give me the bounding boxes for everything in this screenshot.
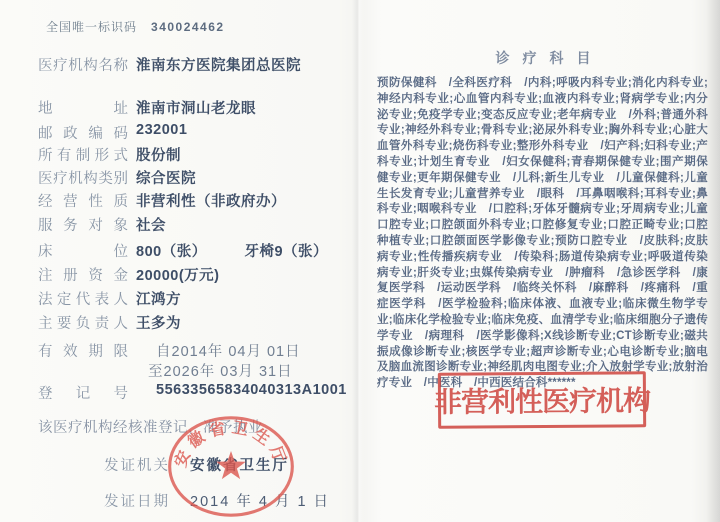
page-edge-shadow — [706, 0, 720, 522]
field-row-principal: 主要负责人 王多为 — [38, 312, 181, 332]
field-label: 经营性质 — [38, 190, 128, 211]
field-label: 登记号 — [38, 382, 128, 403]
field-row-service-target: 服务对象 社会 — [38, 214, 166, 234]
diagnosis-subjects-text: 预防保健科 /全科医疗科 /内科;呼吸内科专业;消化内科专业;神经内科专业;心血… — [377, 76, 708, 392]
field-row-validity: 有效期限 自2014年 04月 01日 — [38, 340, 301, 360]
field-row-address: 地址 淮南市洞山老龙眼 — [38, 97, 256, 117]
nonprofit-stamp: 非营利性医疗机构 — [438, 371, 646, 428]
field-label: 注册资金 — [38, 264, 128, 285]
nonprofit-stamp-text: 非营利性医疗机构 — [434, 379, 650, 421]
field-row-registered-capital: 注册资金 20000(万元) — [38, 264, 220, 284]
field-value: 淮南市洞山老龙眼 — [136, 97, 256, 118]
official-round-seal: 安徽省卫生厅 — [164, 413, 298, 522]
field-value: 20000(万元) — [136, 264, 219, 285]
field-value: 江鸿方 — [136, 288, 181, 309]
field-value: 股份制 — [136, 144, 181, 165]
field-row-registration-number: 登记号 55633565834040313A1001 — [38, 382, 347, 402]
field-value: 非营利性（非政府办） — [136, 190, 286, 211]
field-value: 综合医院 — [136, 167, 196, 188]
field-row-operation-nature: 经营性质 非营利性（非政府办） — [38, 190, 286, 210]
field-label: 所有制形式 — [38, 144, 128, 165]
field-label: 有效期限 — [38, 340, 128, 361]
unique-code-label: 全国唯一标识码 — [46, 20, 137, 34]
field-row-postal-code: 邮政编码 232001 — [38, 122, 187, 142]
field-label: 法定代表人 — [38, 288, 128, 309]
page-fold-shadow — [352, 0, 364, 522]
field-row-validity-to: 至2026年 03月 31日 — [148, 360, 293, 380]
license-document: 全国唯一标识码340024462 医疗机构名称 淮南东方医院集团总医院 地址 淮… — [0, 0, 720, 522]
field-value: 社会 — [136, 214, 166, 235]
field-value: 232001 — [136, 122, 187, 138]
validity-from: 自2014年 04月 01日 — [156, 340, 301, 361]
section-title-diagnosis-subjects: 诊疗科目 — [378, 48, 708, 68]
field-value: 王多为 — [136, 312, 181, 333]
validity-to: 至2026年 03月 31日 — [148, 360, 293, 381]
field-label: 服务对象 — [38, 214, 128, 235]
field-row-category: 医疗机构类别 综合医院 — [38, 167, 196, 187]
field-value: 800（张） 牙椅9（张） — [136, 240, 328, 261]
registration-number: 55633565834040313A1001 — [156, 382, 347, 398]
unique-code-value: 340024462 — [151, 20, 225, 34]
field-label: 邮政编码 — [38, 122, 128, 143]
field-row-institution-name: 医疗机构名称 淮南东方医院集团总医院 — [38, 54, 301, 74]
field-row-legal-representative: 法定代表人 江鸿方 — [38, 288, 181, 308]
field-row-ownership: 所有制形式 股份制 — [38, 144, 181, 164]
field-value: 淮南东方医院集团总医院 — [136, 54, 301, 75]
field-label: 医疗机构类别 — [38, 167, 128, 188]
field-label: 地址 — [38, 97, 128, 118]
star-icon — [216, 451, 246, 479]
unique-code-row: 全国唯一标识码340024462 — [46, 18, 225, 35]
field-label: 主要负责人 — [38, 312, 128, 333]
field-row-beds: 床位 800（张） 牙椅9（张） — [38, 240, 328, 260]
issue-date-label: 发证日期 — [104, 494, 170, 510]
field-label: 医疗机构名称 — [38, 54, 128, 75]
field-label: 床位 — [38, 240, 128, 261]
issuer-label: 发证机关 — [104, 458, 170, 474]
